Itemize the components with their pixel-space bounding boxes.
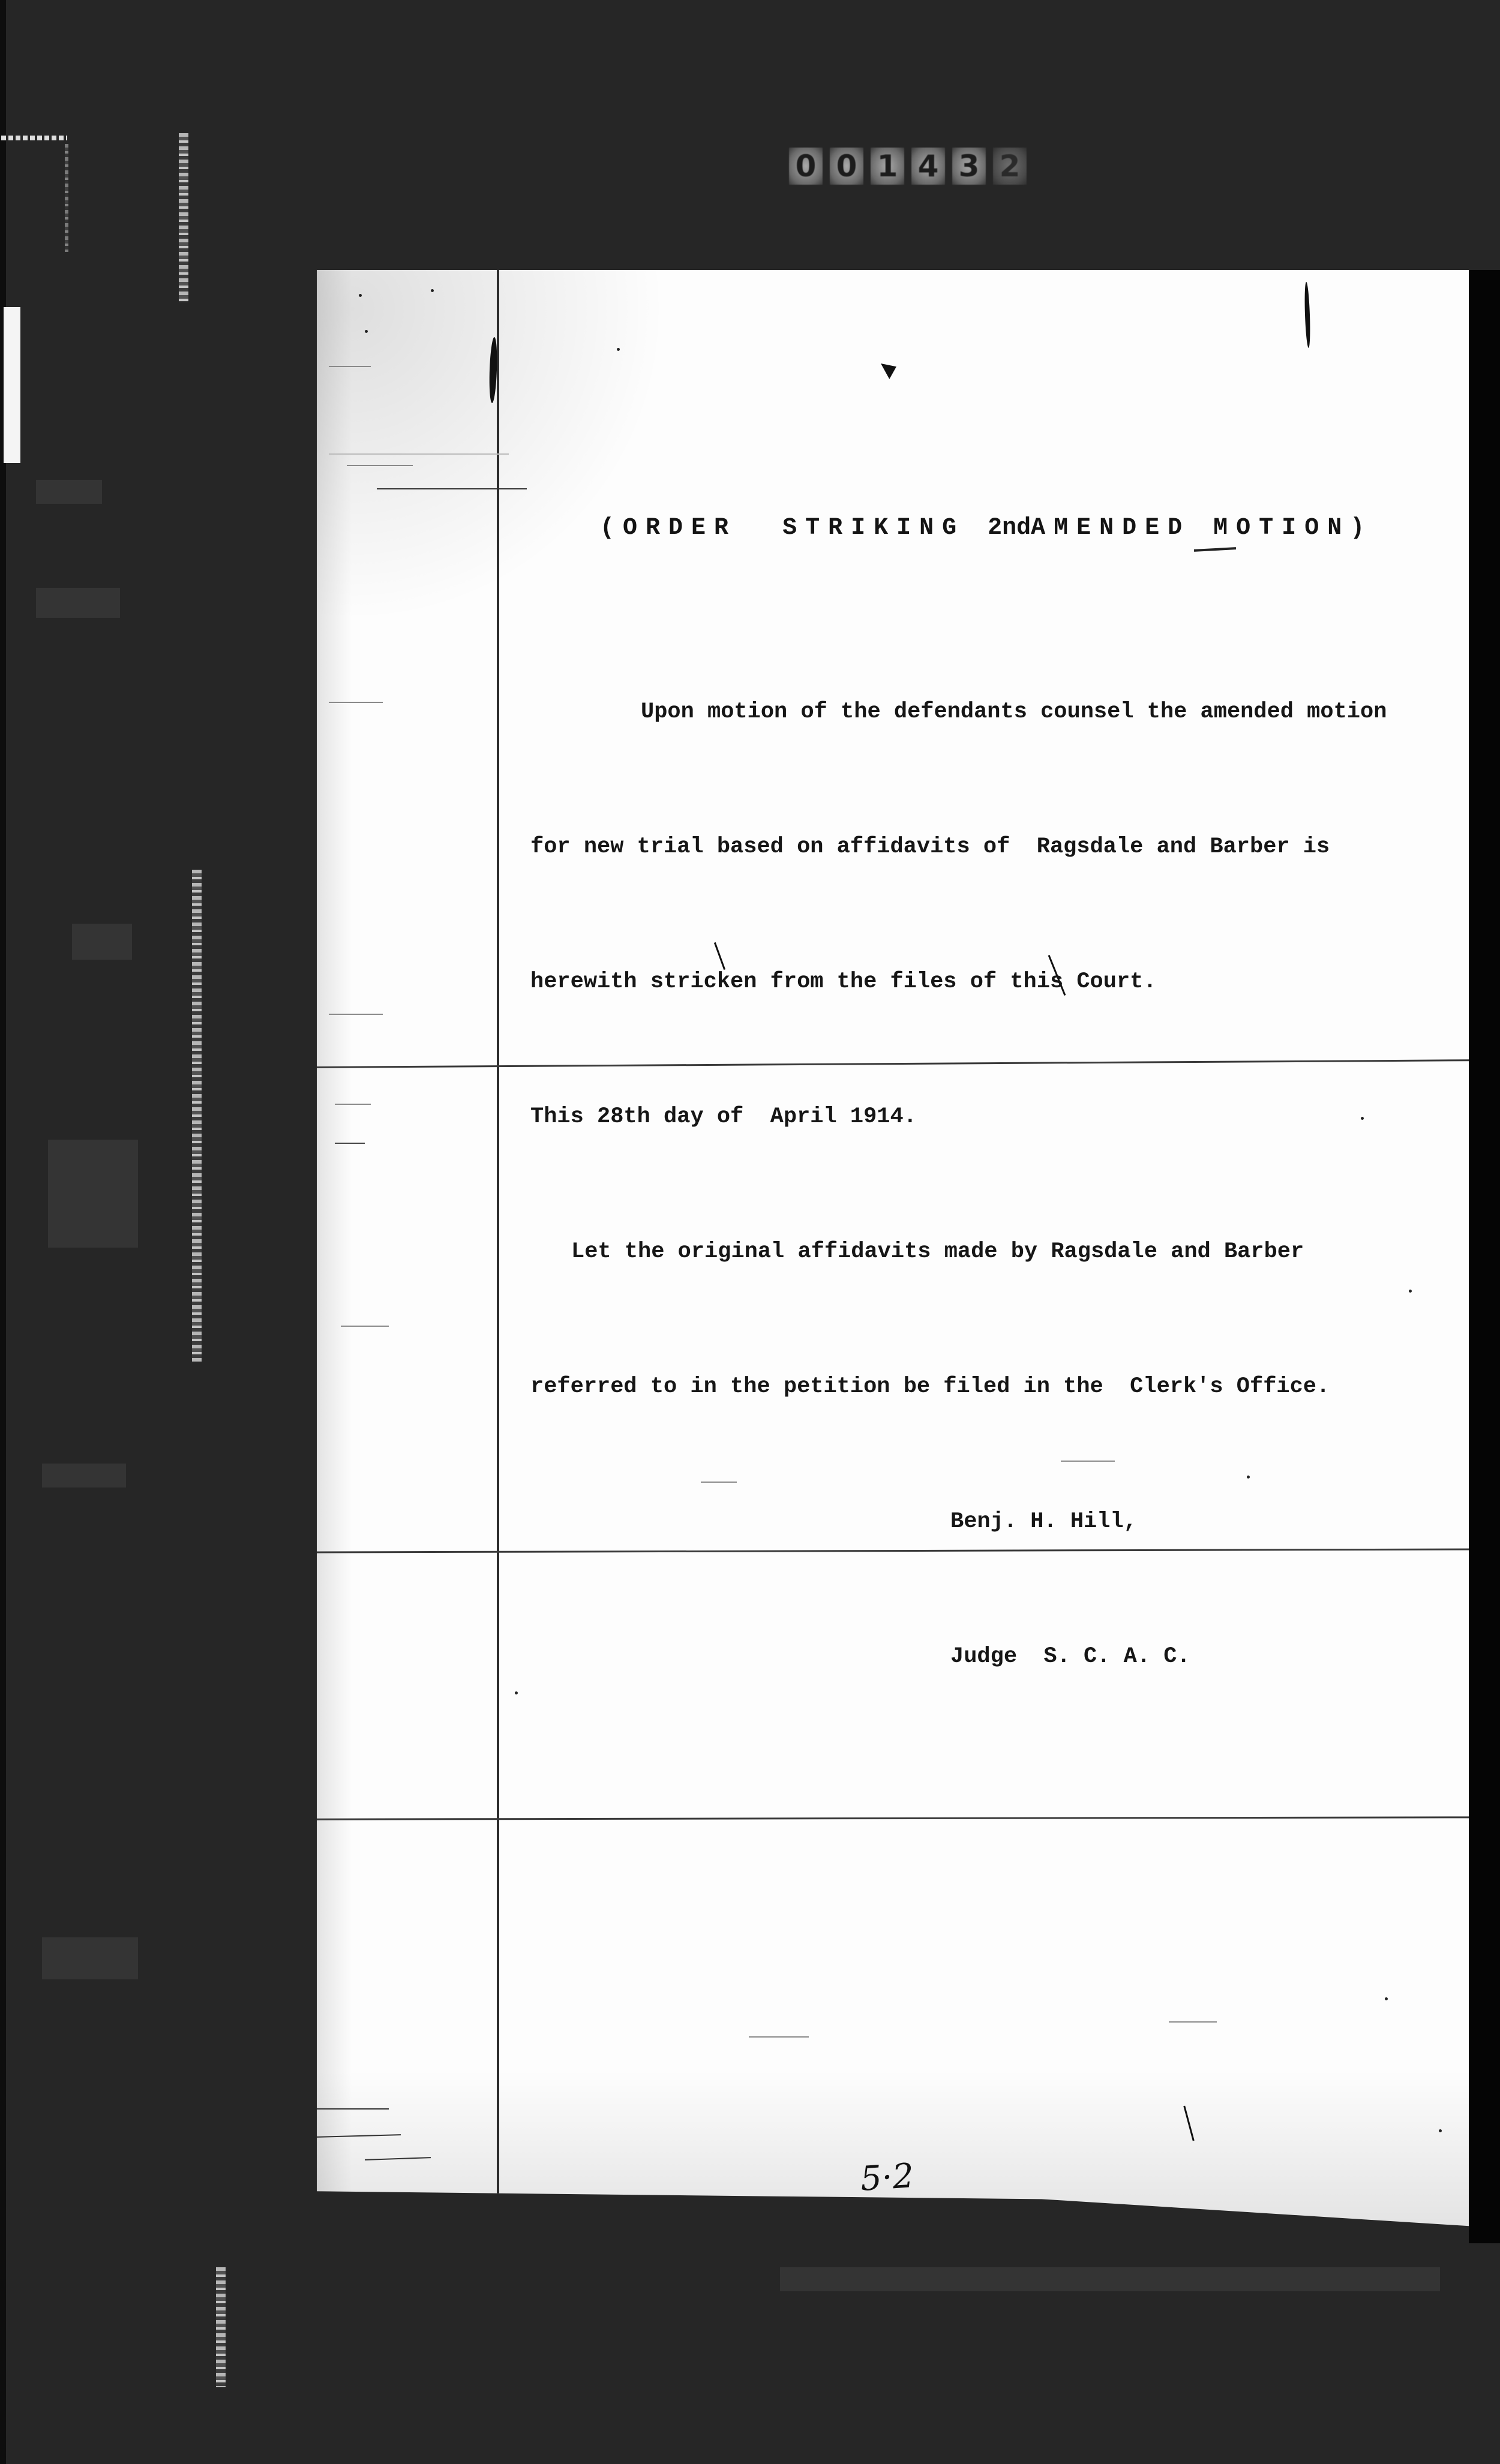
title-word: ORDER — [623, 515, 737, 542]
title-close-paren: ) — [1350, 515, 1373, 542]
body-line: herewith stricken from the files of this… — [530, 960, 1490, 1005]
body-line: Upon motion of the defendants counsel th… — [530, 690, 1490, 735]
title-underline-mark — [1194, 547, 1236, 552]
body-line: This 28th day of April 1914. — [530, 1095, 1490, 1140]
document-text-layer: (ORDER STRIKING 2ndAMENDED MOTION) Upon … — [0, 0, 1500, 2464]
document-title: (ORDER STRIKING 2ndAMENDED MOTION) — [600, 515, 1373, 542]
title-word: MOTION — [1213, 515, 1350, 542]
title-open-paren: ( — [600, 515, 623, 542]
body-line: Let the original affidavits made by Rags… — [530, 1230, 1490, 1275]
body-line: for new trial based on affidavits of Rag… — [530, 825, 1490, 870]
title-word: AMENDED — [1031, 515, 1190, 542]
order-body: Upon motion of the defendants counsel th… — [530, 600, 1490, 1769]
title-ordinal: 2nd — [988, 515, 1031, 542]
body-line: referred to in the petition be filed in … — [530, 1365, 1490, 1410]
signature-name: Benj. H. Hill, — [530, 1500, 1490, 1544]
title-word: STRIKING — [782, 515, 965, 542]
signature-title: Judge S. C. A. C. — [530, 1634, 1490, 1679]
handwritten-annotation: 5·2 — [859, 2156, 915, 2199]
